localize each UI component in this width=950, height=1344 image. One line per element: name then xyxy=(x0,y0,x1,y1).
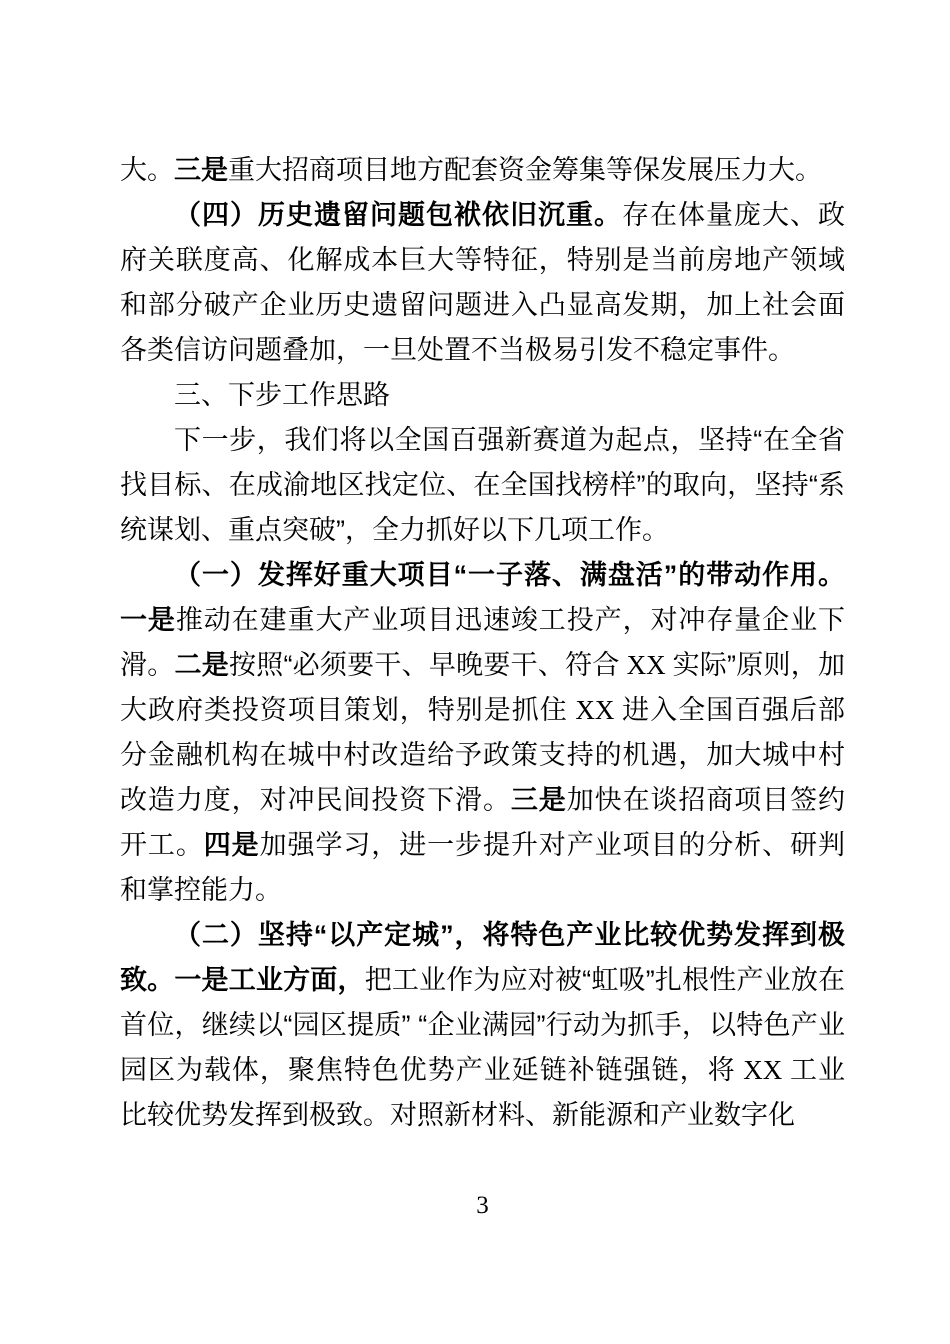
page-number: 3 xyxy=(476,1192,489,1219)
text-run-bold: 四是 xyxy=(204,830,260,860)
text-run: 三、下步工作思路 xyxy=(174,380,390,410)
paragraph: 三、下步工作思路 xyxy=(120,373,845,418)
text-run-bold: 三是 xyxy=(511,785,567,815)
page-footer: 3 xyxy=(120,1192,845,1220)
paragraph: 下一步，我们将以全国百强新赛道为起点，坚持“在全省找目标、在成渝地区找定位、在全… xyxy=(120,418,845,553)
text-run-bold: 三是 xyxy=(174,155,228,185)
document-body: 大。三是重大招商项目地方配套资金筹集等保发展压力大。（四）历史遗留问题包袱依旧沉… xyxy=(120,148,845,1138)
text-run-bold: 一是 xyxy=(120,605,176,635)
text-run: 下一步，我们将以全国百强新赛道为起点，坚持“在全省找目标、在成渝地区找定位、在全… xyxy=(120,425,845,545)
paragraph: （一）发挥好重大项目“一子落、满盘活”的带动作用。一是推动在建重大产业项目迅速竣… xyxy=(120,553,845,913)
paragraph: （四）历史遗留问题包袱依旧沉重。存在体量庞大、政府关联度高、化解成本巨大等特征，… xyxy=(120,193,845,373)
text-run-latin: XX xyxy=(568,695,622,725)
document-page: 大。三是重大招商项目地方配套资金筹集等保发展压力大。（四）历史遗留问题包袱依旧沉… xyxy=(0,0,950,1344)
text-run-latin: XX xyxy=(736,1055,790,1085)
paragraph: （二）坚持“以产定城”，将特色产业比较优势发挥到极致。一是工业方面，把工业作为应… xyxy=(120,913,845,1138)
text-run-bold: 二是 xyxy=(174,650,228,680)
text-run-latin: XX xyxy=(620,650,673,680)
text-run: 重大招商项目地方配套资金筹集等保发展压力大。 xyxy=(228,155,822,185)
text-run: 按照“必须要干、早晚要干、符合 xyxy=(229,650,620,680)
paragraph: 大。三是重大招商项目地方配套资金筹集等保发展压力大。 xyxy=(120,148,845,193)
text-run-bold: （四）历史遗留问题包袱依旧沉重。 xyxy=(174,200,622,230)
text-run-bold: 一是工业方面， xyxy=(174,965,364,995)
text-run: 大。 xyxy=(120,155,174,185)
text-run-bold: （一）发挥好重大项目“一子落、满盘活”的带动作用。 xyxy=(174,560,845,590)
